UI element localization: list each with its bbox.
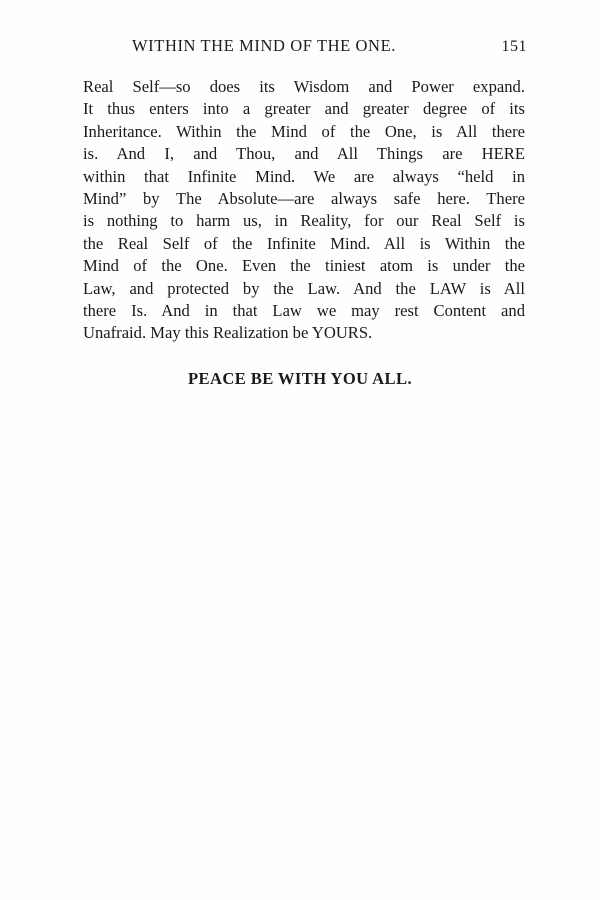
text-line: is. And I, and Thou, and All Things are … [83,143,525,165]
text-line: the Real Self of the Infinite Mind. All … [83,233,525,255]
text-line: is nothing to harm us, in Reality, for o… [83,210,525,232]
text-line: Law, and protected by the Law. And the L… [83,278,525,300]
running-head-title: WITHIN THE MIND OF THE ONE. [132,36,396,56]
running-head: WITHIN THE MIND OF THE ONE. 151 [132,36,527,56]
text-line: Inheritance. Within the Mind of the One,… [83,121,525,143]
text-line: Real Self—so does its Wisdom and Power e… [83,76,525,98]
text-line: within that Infinite Mind. We are always… [83,166,525,188]
book-page: WITHIN THE MIND OF THE ONE. 151 Real Sel… [0,0,600,900]
text-line: It thus enters into a greater and greate… [83,98,525,120]
body-paragraph: Real Self—so does its Wisdom and Power e… [83,76,525,345]
text-line: Mind” by The Absolute—are always safe he… [83,188,525,210]
text-line-last: Unafraid. May this Realization be YOURS. [83,322,525,344]
text-line: Mind of the One. Even the tiniest atom i… [83,255,525,277]
text-line: there Is. And in that Law we may rest Co… [83,300,525,322]
page-number: 151 [502,38,528,56]
closing-benediction: PEACE BE WITH YOU ALL. [0,369,600,389]
